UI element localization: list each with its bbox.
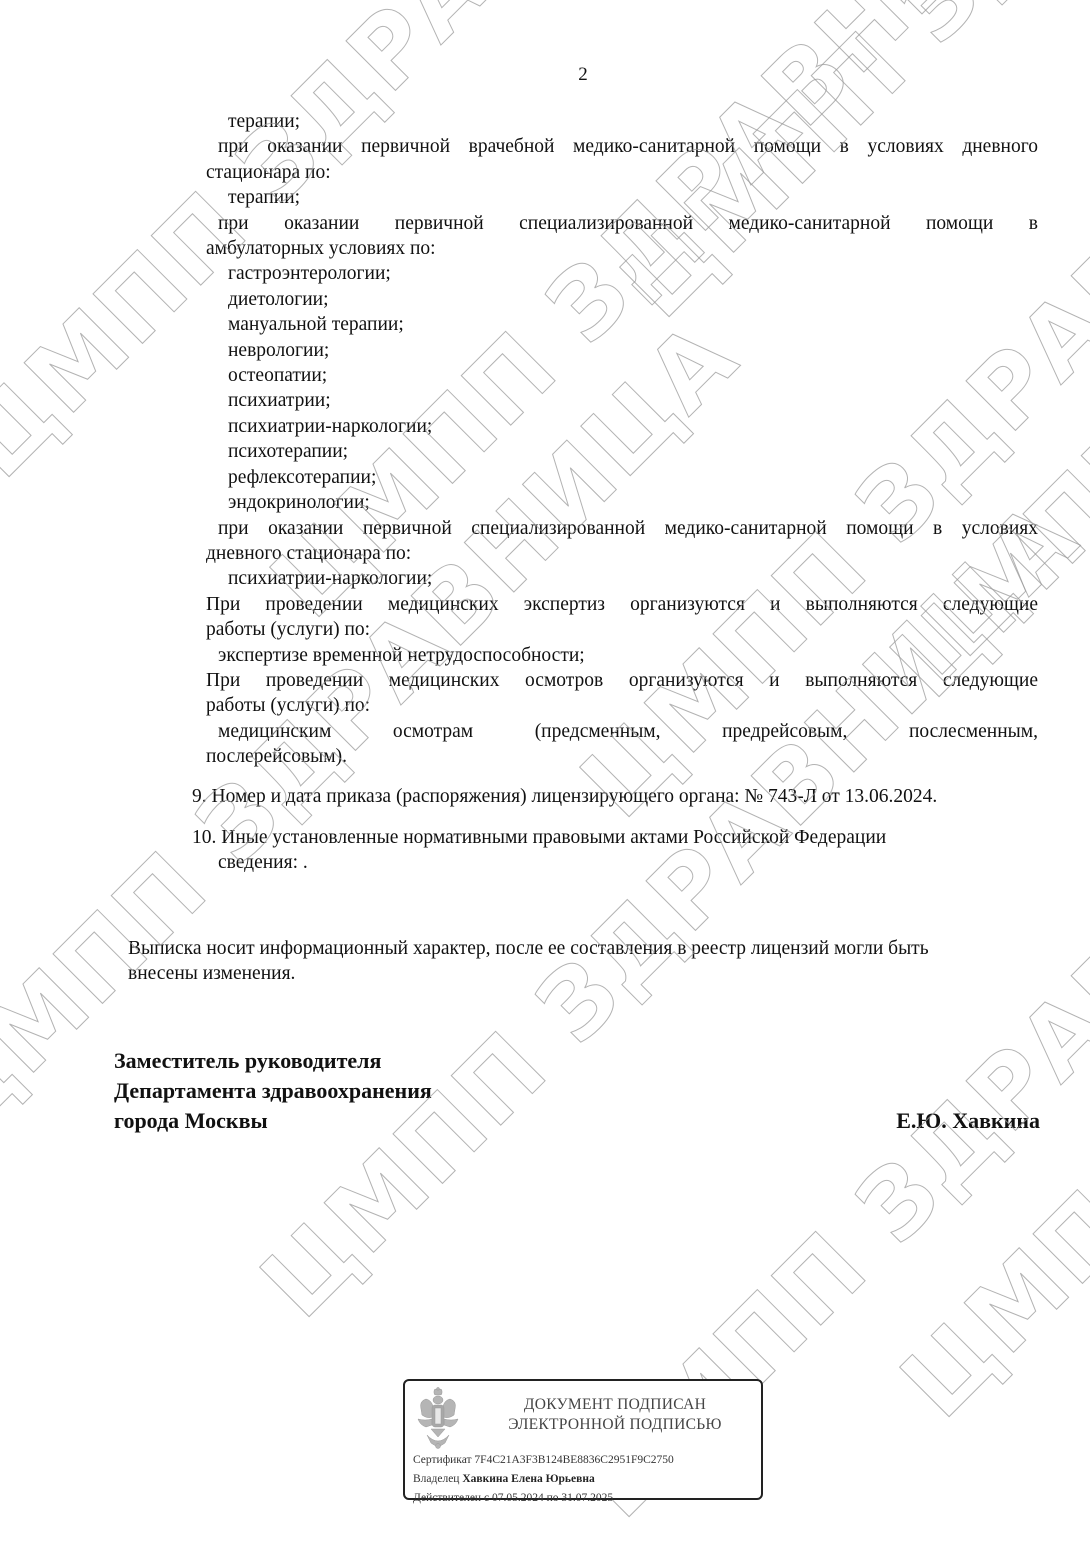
notice-line1: Выписка носит информационный характер, п…: [128, 936, 1034, 961]
body-line: остеопатии;: [206, 363, 1038, 388]
item-9-order-number: 9. Номер и дата приказа (распоряжения) л…: [192, 784, 1052, 809]
owner-row: Владелец Хавкина Елена Юрьевна: [413, 1470, 674, 1489]
certificate-label: Сертификат: [413, 1454, 472, 1466]
body-line: при оказании первичной специализированно…: [206, 211, 1038, 236]
owner-label: Владелец: [413, 1473, 459, 1485]
certificate-value: 7F4C21A3F3B124BE8836C2951F9C2750: [474, 1454, 673, 1466]
item-10-other-info: 10. Иные установленные нормативными прав…: [192, 825, 1052, 876]
body-line: психиатрии;: [206, 388, 1038, 413]
document-page: 2 терапии;при оказании первичной врачебн…: [0, 0, 1090, 1544]
body-line: При проведении медицинских осмотров орга…: [206, 668, 1038, 693]
body-line: экспертизе временной нетрудоспособности;: [206, 643, 1038, 668]
stamp-info: Сертификат 7F4C21A3F3B124BE8836C2951F9C2…: [413, 1451, 674, 1508]
body-line: При проведении медицинских экспертиз орг…: [206, 592, 1038, 617]
body-line: амбулаторных условиях по:: [206, 236, 1038, 261]
body-line: терапии;: [206, 109, 1038, 134]
license-services-list: терапии;при оказании первичной врачебной…: [206, 109, 1038, 770]
body-line: диетологии;: [206, 287, 1038, 312]
electronic-signature-stamp: ДОКУМЕНТ ПОДПИСАН ЭЛЕКТРОННОЙ ПОДПИСЬЮ С…: [403, 1379, 763, 1500]
stamp-title-line2: ЭЛЕКТРОННОЙ ПОДПИСЬЮ: [485, 1415, 745, 1435]
signer-name: Е.Ю. Хавкина: [896, 1106, 1040, 1136]
body-line: неврологии;: [206, 338, 1038, 363]
body-line: послерейсовым).: [206, 744, 1038, 769]
body-line: стационара по:: [206, 160, 1038, 185]
body-line: при оказании первичной специализированно…: [206, 516, 1038, 541]
signature-block: Заместитель руководителя Департамента зд…: [114, 1046, 1040, 1136]
body-line: психотерапии;: [206, 439, 1038, 464]
item-9-text: 9. Номер и дата приказа (распоряжения) л…: [192, 786, 937, 807]
signer-position-line2: Департамента здравоохранения: [114, 1076, 1040, 1106]
certificate-row: Сертификат 7F4C21A3F3B124BE8836C2951F9C2…: [413, 1451, 674, 1470]
stamp-title: ДОКУМЕНТ ПОДПИСАН ЭЛЕКТРОННОЙ ПОДПИСЬЮ: [485, 1395, 745, 1435]
body-line: мануальной терапии;: [206, 312, 1038, 337]
body-line: рефлексотерапии;: [206, 465, 1038, 490]
body-line: терапии;: [206, 185, 1038, 210]
item-10-line1: 10. Иные установленные нормативными прав…: [192, 825, 1052, 850]
notice-line2: внесены изменения.: [128, 961, 1034, 986]
russian-coat-of-arms-icon: [417, 1387, 459, 1451]
validity-row: Действителен с 07.05.2024 по 31.07.2025: [413, 1489, 674, 1508]
item-10-line2: сведения: .: [192, 850, 1052, 875]
body-line: работы (услуги) по:: [206, 617, 1038, 642]
owner-value: Хавкина Елена Юрьевна: [462, 1473, 594, 1485]
page-number: 2: [0, 62, 1090, 87]
body-line: психиатрии-наркологии;: [206, 414, 1038, 439]
document-content: 2 терапии;при оказании первичной врачебн…: [0, 0, 1090, 1544]
body-line: при оказании первичной врачебной медико-…: [206, 134, 1038, 159]
informational-notice: Выписка носит информационный характер, п…: [128, 936, 1034, 987]
body-line: медицинским осмотрам (предсменным, предр…: [206, 719, 1038, 744]
body-line: гастроэнтерологии;: [206, 261, 1038, 286]
body-line: психиатрии-наркологии;: [206, 566, 1038, 591]
body-line: работы (услуги) по:: [206, 693, 1038, 718]
stamp-title-line1: ДОКУМЕНТ ПОДПИСАН: [485, 1395, 745, 1415]
signer-position-line1: Заместитель руководителя: [114, 1046, 1040, 1076]
body-line: дневного стационара по:: [206, 541, 1038, 566]
body-line: эндокринологии;: [206, 490, 1038, 515]
